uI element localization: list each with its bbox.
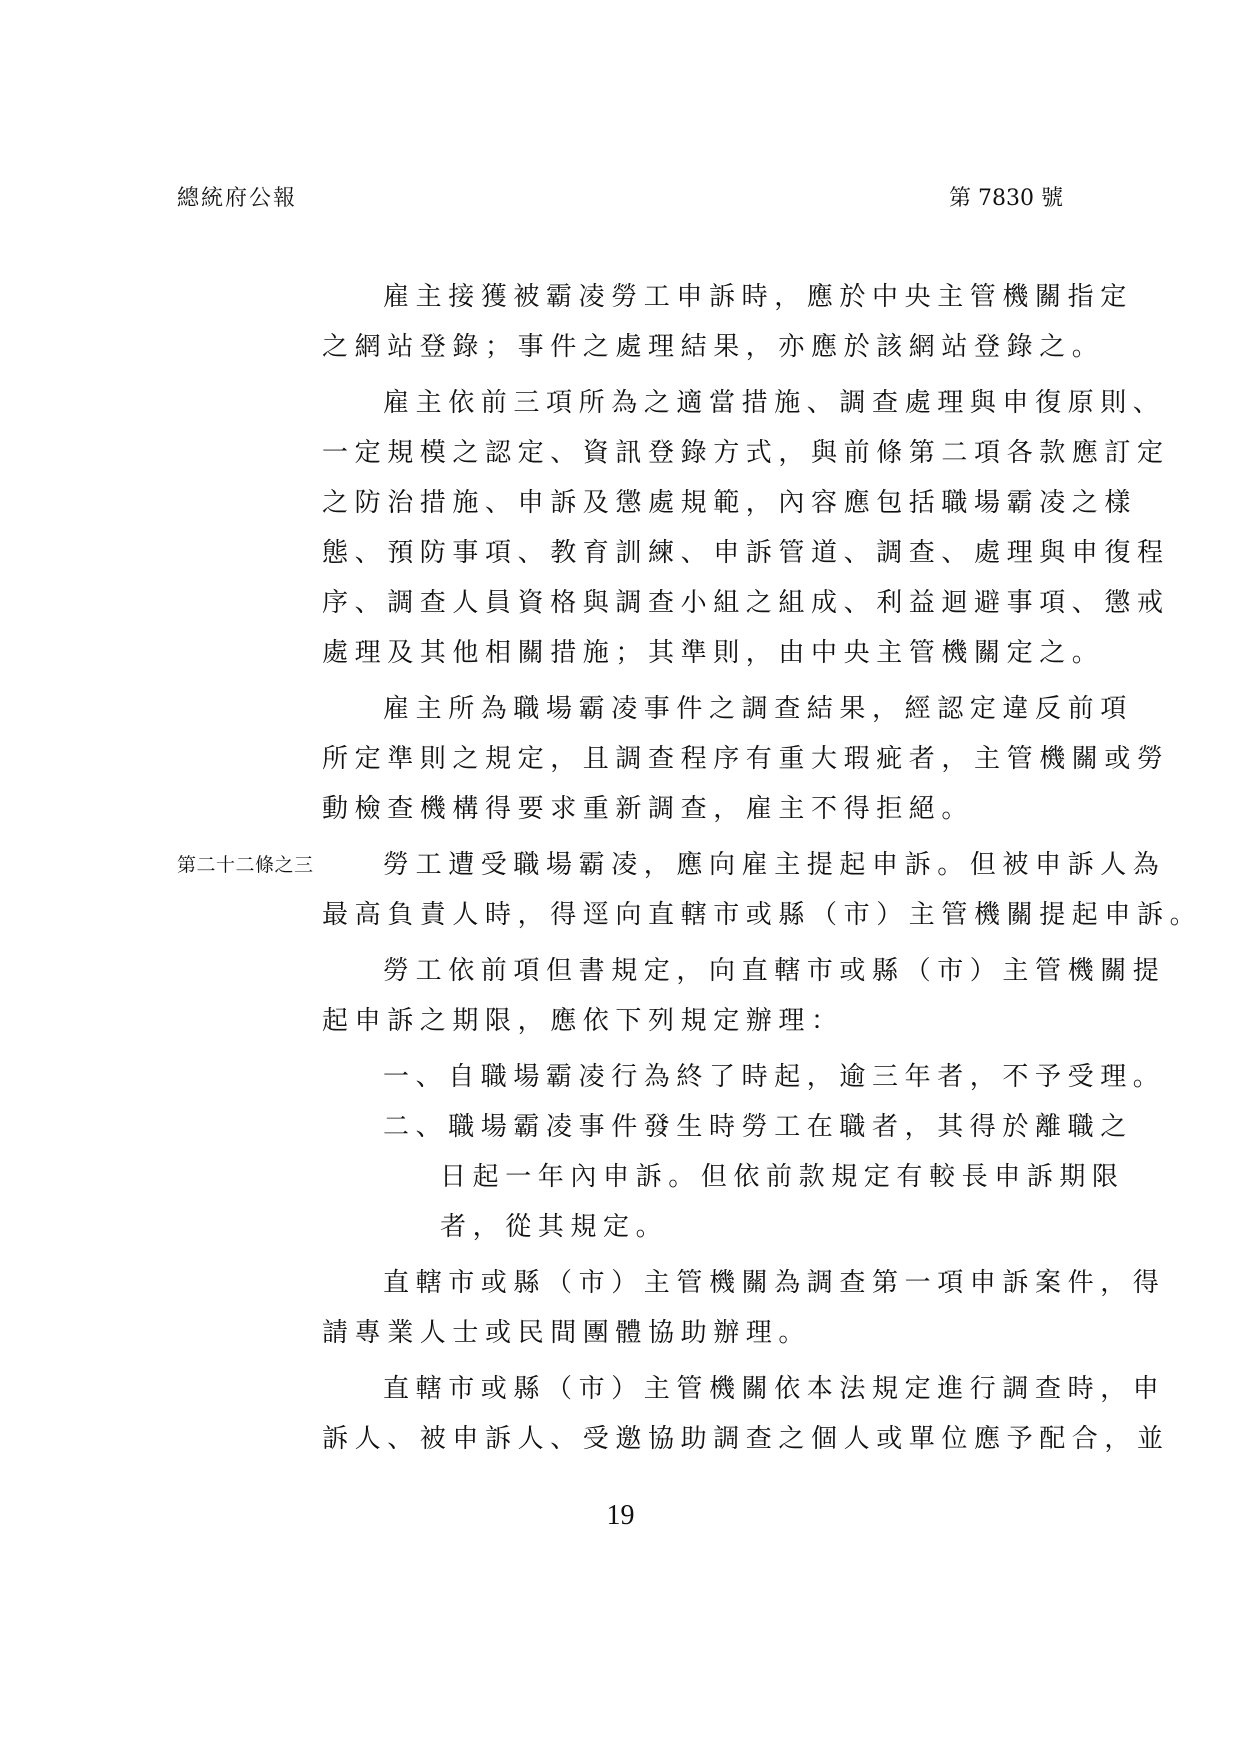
text-line: 動檢查機構得要求重新調查，雇主不得拒絕。 bbox=[322, 794, 1054, 824]
text-line: 直轄市或縣（市）主管機關為調查第一項申訴案件，得 bbox=[383, 1268, 1054, 1298]
text-line: 最高負責人時，得逕向直轄市或縣（市）主管機關提起申訴。 bbox=[322, 900, 1054, 930]
article-number: 第二十二條之三 bbox=[177, 850, 314, 880]
text-line: 態、預防事項、教育訓練、申訴管道、調查、處理與申復程 bbox=[322, 538, 1054, 568]
text-line: 處理及其他相關措施；其準則，由中央主管機關定之。 bbox=[322, 638, 1054, 668]
issue-number: 第 7830 號 bbox=[949, 186, 1063, 212]
list-item-1: 一、自職場霸凌行為終了時起，逾三年者，不予受理。 bbox=[383, 1062, 1054, 1092]
text-line: 直轄市或縣（市）主管機關依本法規定進行調查時，申 bbox=[383, 1374, 1054, 1404]
text-line: 訴人、被申訴人、受邀協助調查之個人或單位應予配合，並 bbox=[322, 1424, 1054, 1454]
text-line: 雇主所為職場霸凌事件之調查結果，經認定違反前項 bbox=[383, 694, 1054, 724]
text-line: 請專業人士或民間團體協助辦理。 bbox=[322, 1318, 1054, 1348]
list-item-2: 二、職場霸凌事件發生時勞工在職者，其得於離職之 bbox=[383, 1112, 1054, 1142]
text-line: 之網站登錄；事件之處理結果，亦應於該網站登錄之。 bbox=[322, 332, 1054, 362]
text-line: 者，從其規定。 bbox=[440, 1212, 1054, 1242]
text-line: 勞工依前項但書規定，向直轄市或縣（市）主管機關提 bbox=[383, 956, 1054, 986]
publication-title: 總統府公報 bbox=[177, 186, 297, 212]
text-line: 雇主接獲被霸凌勞工申訴時，應於中央主管機關指定 bbox=[383, 282, 1054, 312]
text-line: 起申訴之期限，應依下列規定辦理： bbox=[322, 1006, 1054, 1036]
text-line: 之防治措施、申訴及懲處規範，內容應包括職場霸凌之樣 bbox=[322, 488, 1054, 518]
text-line: 勞工遭受職場霸凌，應向雇主提起申訴。但被申訴人為 bbox=[383, 850, 1054, 880]
page-number: 19 bbox=[0, 1500, 1241, 1532]
text-line: 雇主依前三項所為之適當措施、調查處理與申復原則、 bbox=[383, 388, 1054, 418]
text-line: 一定規模之認定、資訊登錄方式，與前條第二項各款應訂定 bbox=[322, 438, 1054, 468]
text-line: 日起一年內申訴。但依前款規定有較長申訴期限 bbox=[440, 1162, 1054, 1192]
text-line: 所定準則之規定，且調查程序有重大瑕疵者，主管機關或勞 bbox=[322, 744, 1054, 774]
text-line: 序、調查人員資格與調查小組之組成、利益迴避事項、懲戒 bbox=[322, 588, 1054, 618]
